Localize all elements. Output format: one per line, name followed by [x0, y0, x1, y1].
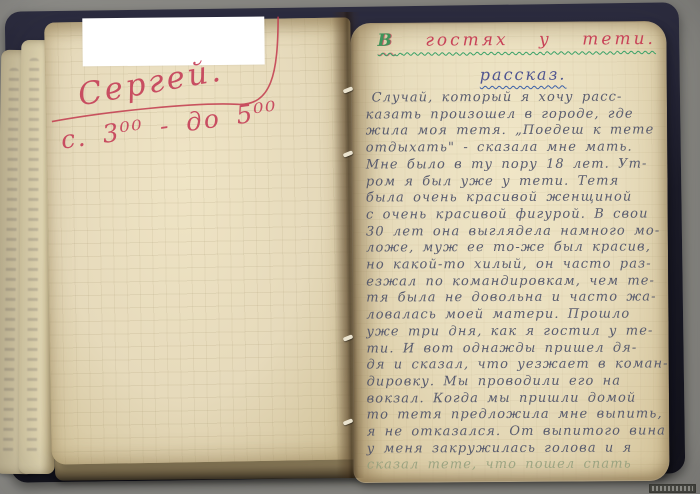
- handwritten-line: но какой-то хилый, он часто раз-: [366, 256, 661, 274]
- handwritten-line: казать произошел в городе, где: [366, 106, 661, 124]
- handwritten-line: ром я был уже у тети. Тетя: [366, 173, 661, 191]
- handwritten-line: жила моя тетя. „Поедеш к тете: [366, 123, 661, 141]
- handwritten-line: у меня закружилась голова и я: [367, 440, 662, 458]
- handwritten-line: с очень красивой фигурой. В свои: [366, 206, 661, 224]
- handwritten-line: ловалась моей матери. Прошло: [366, 307, 661, 325]
- handwritten-line: я не отказался. От выпитого вина: [367, 424, 662, 442]
- handwritten-line: была очень красивой женщиной: [366, 190, 661, 208]
- title-rest: гостях у тети.: [395, 29, 656, 51]
- handwritten-line: уже три дня, как я гостил у те-: [366, 323, 661, 341]
- handwritten-line: отдыхать" - сказала мне мать.: [366, 140, 661, 158]
- handwritten-line: езжал по командировкам, чем те-: [366, 273, 661, 291]
- handwritten-line: ложе, муж ее то-же был красив,: [366, 240, 661, 258]
- bleedthrough-text-edge: [27, 58, 39, 456]
- handwritten-line: Случай, который я хочу расс-: [366, 89, 661, 107]
- handwritten-line: вокзал. Когда мы пришли домой: [367, 390, 662, 408]
- handwritten-line: то тетя предложила мне выпить,: [367, 407, 662, 425]
- handwritten-line: сказал тете, что пошел спать: [367, 457, 662, 475]
- redacted-label-patch: [82, 16, 264, 66]
- story-body: Случай, который я хочу расс-казать произ…: [366, 89, 662, 474]
- notebook-photo: Сергей. с. 3⁰⁰ - до 5⁰⁰ В гостях у тети.…: [0, 0, 700, 494]
- story-title: В гостях у тети.: [377, 29, 656, 51]
- handwritten-line: ти. И вот однажды пришел дя-: [366, 340, 661, 358]
- handwritten-line: дя и сказал, что уезжает в коман-: [366, 357, 661, 375]
- bleedthrough-text-edge: [3, 68, 19, 456]
- handwritten-line: 30 лет она выглядела намного мо-: [366, 223, 661, 241]
- title-initial-letter: В: [377, 31, 395, 51]
- corner-watermark: [649, 484, 696, 493]
- handwritten-line: Мне было в ту пору 18 лет. Ут-: [366, 156, 661, 174]
- left-page: Сергей. с. 3⁰⁰ - до 5⁰⁰: [44, 17, 358, 464]
- handwritten-line: тя была не довольна и часто жа-: [366, 290, 661, 308]
- right-page: В гостях у тети. рассказ. Случай, которы…: [350, 21, 669, 483]
- story-subtitle: рассказ.: [480, 65, 567, 85]
- handwritten-line: дировку. Мы проводили его на: [367, 373, 662, 391]
